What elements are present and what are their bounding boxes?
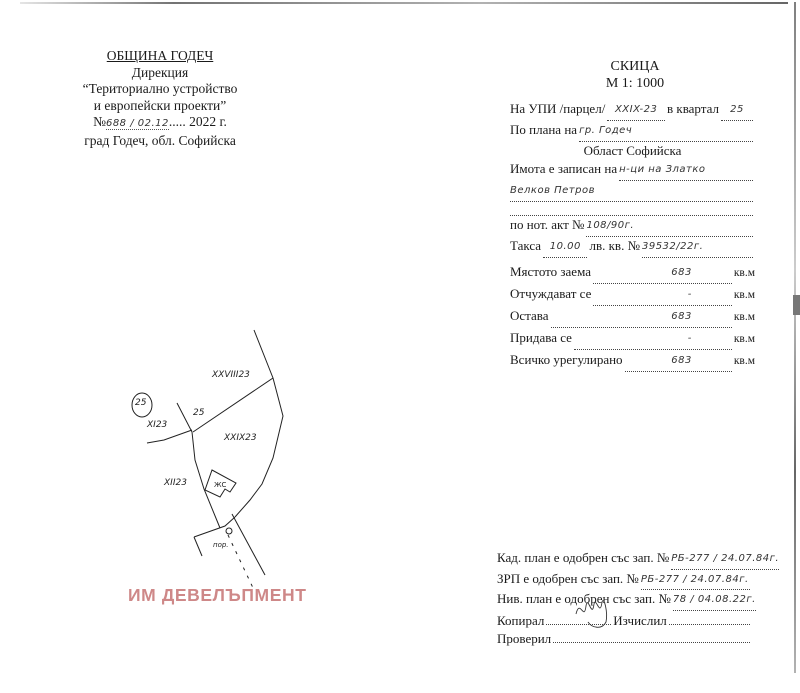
area-row: Придава се - кв.м [510,328,755,350]
region: Област Софийска [584,142,682,160]
page-edge-top [20,2,788,4]
area-row: Остава 683 кв.м [510,306,755,328]
map-label-xii: XII23 [164,478,187,488]
fee-value: 10.00 [550,241,581,252]
sketch-scale: М 1: 1000 [580,75,690,92]
map-label-xxix: XXIX23 [224,433,257,443]
region-row: Област Софийска [510,142,755,160]
fee-row: Такса 10.00 лв. кв. № 39532/22г. [510,237,755,258]
zrp-approval-row: ЗРП е одобрен със зап. № РБ-277 / 24.07.… [497,570,752,591]
approvals-block: Кад. план е одобрен със зап. № РБ-277 / … [497,549,752,648]
issuer-header: ОБЩИНА ГОДЕЧ Дирекция “Териториално устр… [40,48,280,149]
department: Дирекция [40,65,280,82]
deed-row: по нот. акт № 108/90г. [510,216,755,237]
owner-value-1: н-ци на Златко [619,164,705,175]
owner-row: Имота е записан на н-ци на Златко [510,160,755,181]
city: град Годеч, обл. Софийска [40,133,280,150]
fee-receipt: 39532/22г. [642,241,703,252]
document-number-handwritten: 688 / 02.12 [106,118,169,130]
cadastral-value: РБ-277 / 24.07.84г. [671,553,779,564]
property-form: На УПИ /парцел/ XXIX-23 в квартал 25 По … [510,100,755,372]
sketch-title-block: СКИЦА М 1: 1000 [580,58,690,92]
plan-row: По плана на гр. Годеч [510,121,755,142]
area-row: Всичко урегулирано 683 кв.м [510,350,755,372]
building-label: ЖС [214,481,226,489]
street-label: пор. [213,541,229,549]
area-row: Отчуждават се - кв.м [510,284,755,306]
map-label-xi: XI23 [147,420,167,430]
zrp-value: РБ-277 / 24.07.84г. [641,574,749,585]
sketch-title: СКИЦА [580,58,690,75]
upi-row: На УПИ /парцел/ XXIX-23 в квартал 25 [510,100,755,121]
niv-approval-row: Нив. план е одобрен със зап. № 78 / 04.0… [497,590,752,611]
deed-value: 108/90г. [586,220,634,231]
watermark: ИМ ДЕВЕЛЪПМЕНТ [128,585,338,606]
copied-drafted-row: Копирал Изчислил [497,611,752,630]
quarter-number: 25 [135,398,146,408]
map-label-25: 25 [193,408,204,418]
plan-value: гр. Годеч [579,125,632,136]
map-label-xxviii: XXVIII23 [212,370,250,380]
division-line-2: и европейски проекти” [40,98,280,115]
area-row: Мястото заема 683 кв.м [510,262,755,284]
niv-value: 78 / 04.08.22г. [673,594,756,605]
area-rows: Мястото заема 683 кв.м Отчуждават се - к… [510,262,755,372]
division-line-1: “Териториално устройство [40,81,280,98]
owner-row-3 [510,202,755,216]
checked-row: Проверил [497,629,752,648]
document-number: №688 / 02.12..... 2022 г. [40,114,280,133]
scan-edge-tab [793,295,800,315]
upi-value: XXIX-23 [615,104,657,115]
owner-row-2: Велков Петров [510,181,755,202]
cadastral-approval-row: Кад. план е одобрен със зап. № РБ-277 / … [497,549,752,570]
quarter-value: 25 [730,104,744,115]
organization-name: ОБЩИНА ГОДЕЧ [40,48,280,65]
page-edge-right [794,2,796,673]
owner-value-2: Велков Петров [510,185,595,196]
